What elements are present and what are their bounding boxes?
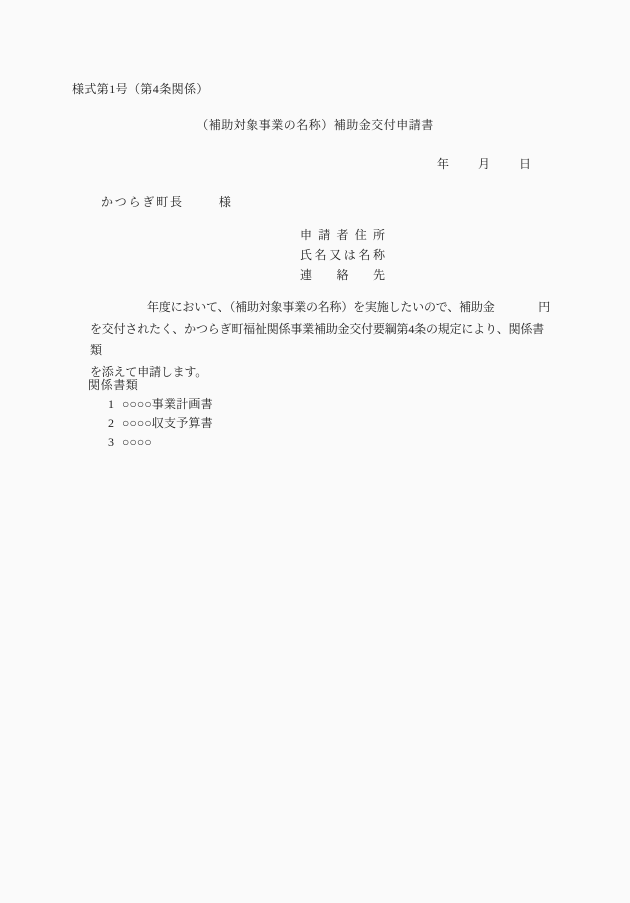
attachment-item-number: 2 <box>108 414 122 433</box>
attachment-item: 1 ○○○○事業計画書 <box>88 395 213 414</box>
body-line1-text: 年度において、（補助対象事業の名称）を実施したいので、補助金 <box>90 297 495 319</box>
applicant-address-label: 申請者住所 <box>300 225 385 245</box>
attachments-section: 関係書類 1 ○○○○事業計画書 2 ○○○○収支予算書 3 ○○○○ <box>88 376 213 452</box>
date-day-label: 日 <box>519 155 531 172</box>
attachments-heading: 関係書類 <box>88 376 213 395</box>
attachment-item-number: 3 <box>108 433 122 452</box>
addressee-honorific: 様 <box>219 195 231 209</box>
attachment-item: 3 ○○○○ <box>88 433 213 452</box>
applicant-contact-label: 連絡先 <box>300 265 385 285</box>
date-line: 年 月 日 <box>437 155 531 172</box>
body-line-1: 年度において、（補助対象事業の名称）を実施したいので、補助金 円 <box>90 297 550 319</box>
date-year-label: 年 <box>437 155 449 172</box>
attachment-item-label: ○○○○収支予算書 <box>122 414 213 433</box>
form-number: 様式第1号（第4条関係） <box>72 80 209 97</box>
attachment-item-number: 1 <box>108 395 122 414</box>
date-month-label: 月 <box>478 155 490 172</box>
body-paragraph: 年度において、（補助対象事業の名称）を実施したいので、補助金 円 を交付されたく… <box>90 297 550 383</box>
body-line1-yen-suffix: 円 <box>538 297 550 319</box>
document-title: （補助対象事業の名称）補助金交付申請書 <box>0 116 630 133</box>
addressee-line: かつらぎ町長様 <box>101 193 231 210</box>
applicant-name-label: 氏名又は名称 <box>300 245 385 265</box>
addressee-name: かつらぎ町長 <box>101 195 184 209</box>
body-line-2: を交付されたく、かつらぎ町福祉関係事業補助金交付要綱第4条の規定により、関係書類 <box>90 319 550 362</box>
application-form-page: 様式第1号（第4条関係） （補助対象事業の名称）補助金交付申請書 年 月 日 か… <box>0 0 630 903</box>
attachment-item-label: ○○○○ <box>122 433 152 452</box>
applicant-block: 申請者住所 氏名又は名称 連絡先 <box>300 225 385 285</box>
attachment-item: 2 ○○○○収支予算書 <box>88 414 213 433</box>
attachment-item-label: ○○○○事業計画書 <box>122 395 213 414</box>
